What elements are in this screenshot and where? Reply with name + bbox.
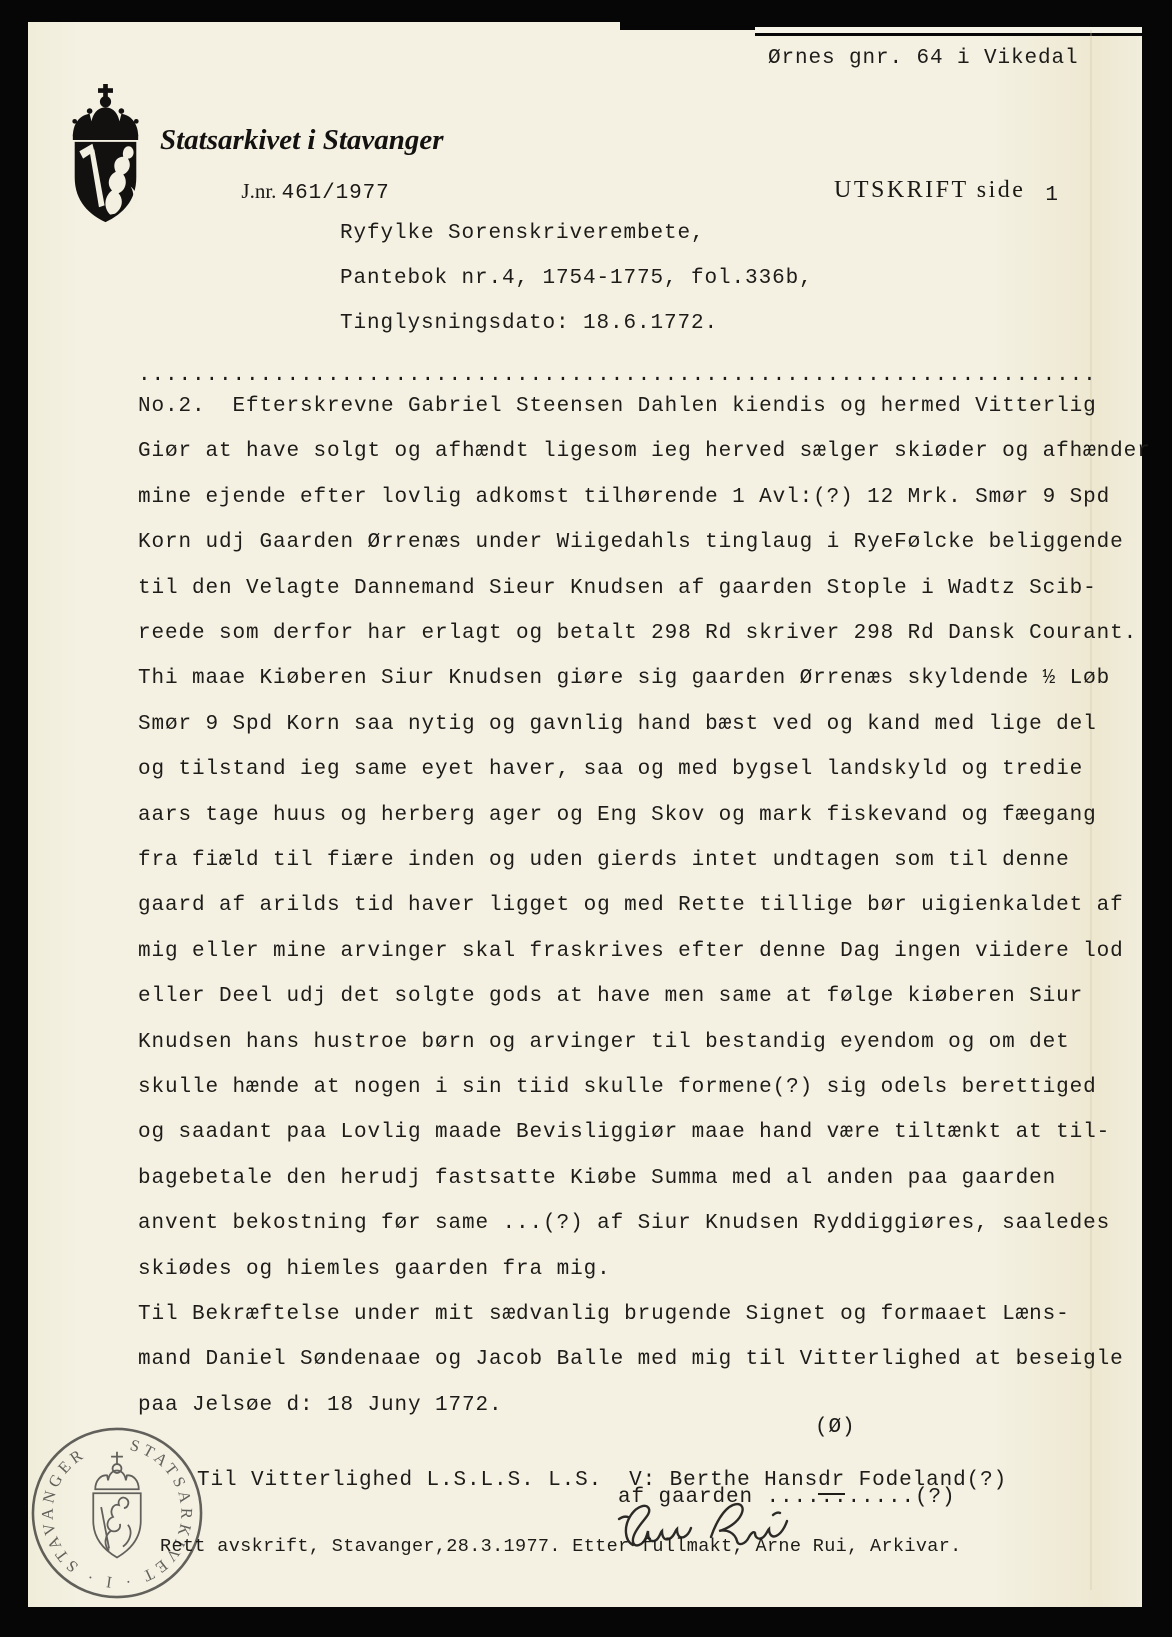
archive-seal-stamp-icon: STATSARKIVET · I · STAVANGER	[28, 1424, 206, 1602]
body-line: fra fiæld til fiære inden og uden gierds…	[138, 849, 1070, 872]
body-line: eller Deel udj det solgte gods at have m…	[138, 985, 1083, 1008]
scanned-document-page: Ørnes gnr. 64 i Vikedal Statsarkivet i S…	[0, 0, 1172, 1637]
body-line: og tilstand ieg same eyet haver, saa og …	[138, 758, 1083, 781]
overwrite-note: (Ø)	[815, 1416, 856, 1439]
dotted-divider: ........................................…	[138, 364, 1097, 387]
body-line: mig eller mine arvinger skal fraskrives …	[138, 940, 1124, 963]
body-line: mine ejende efter lovlig adkomst tilhøre…	[138, 486, 1110, 509]
body-line: bagebetale den herudj fastsatte Kiøbe Su…	[138, 1167, 1056, 1190]
body-line: skulle hænde at nogen i sin tiid skulle …	[138, 1076, 1097, 1099]
body-line: til den Velagte Dannemand Sieur Knudsen …	[138, 577, 1097, 600]
transcript-header: UTSKRIFT side1	[800, 150, 1059, 231]
certification-line: Rett avskrift, Stavanger,28.3.1977. Ette…	[160, 1537, 962, 1557]
body-line: og saadant paa Lovlig maade Bevisliggiør…	[138, 1121, 1110, 1144]
gaard-annotation: Ørnes gnr. 64 i Vikedal	[768, 47, 1079, 70]
body-line: Thi maae Kiøberen Siur Knudsen giøre sig…	[138, 667, 1110, 690]
body-line: gaard af arilds tid haver ligget og med …	[138, 894, 1124, 917]
body-line: skiødes og hiemles gaarden fra mig.	[138, 1258, 611, 1281]
journal-label: J.nr.	[241, 179, 281, 203]
transcript-label: UTSKRIFT side	[834, 177, 1025, 203]
body-line: Giør at have solgt og afhændt ligesom ie…	[138, 440, 1151, 463]
source-court: Ryfylke Sorenskriverembete,	[340, 222, 705, 245]
body-line: Knudsen hans hustroe børn og arvinger ti…	[138, 1031, 1070, 1054]
coat-of-arms-icon	[63, 84, 148, 224]
body-line: reede som derfor har erlagt og betalt 29…	[138, 622, 1137, 645]
body-line: anvent bekostning før same ...(?) af Siu…	[138, 1212, 1110, 1235]
body-line: Smør 9 Spd Korn saa nytig og gavnlig han…	[138, 713, 1097, 736]
body-line: mand Daniel Søndenaae og Jacob Balle med…	[138, 1348, 1124, 1371]
source-register: Pantebok nr.4, 1754-1775, fol.336b,	[340, 267, 813, 290]
transcript-page-number: 1	[1045, 184, 1059, 207]
institution-name: Statsarkivet i Stavanger	[160, 124, 444, 157]
source-date: Tinglysningsdato: 18.6.1772.	[340, 312, 718, 335]
body-line: No.2. Efterskrevne Gabriel Steensen Dahl…	[138, 395, 1097, 418]
body-line: paa Jelsøe d: 18 Juny 1772.	[138, 1394, 503, 1417]
journal-number-line: J.nr. 461/1977	[203, 161, 390, 223]
body-line: Til Bekræftelse under mit sædvanlig brug…	[138, 1303, 1070, 1326]
body-line: aars tage huus og herberg ager og Eng Sk…	[138, 804, 1097, 827]
scan-artifact	[755, 33, 1142, 36]
journal-number: 461/1977	[282, 182, 390, 205]
body-line: Korn udj Gaarden Ørrenæs under Wiigedahl…	[138, 531, 1124, 554]
